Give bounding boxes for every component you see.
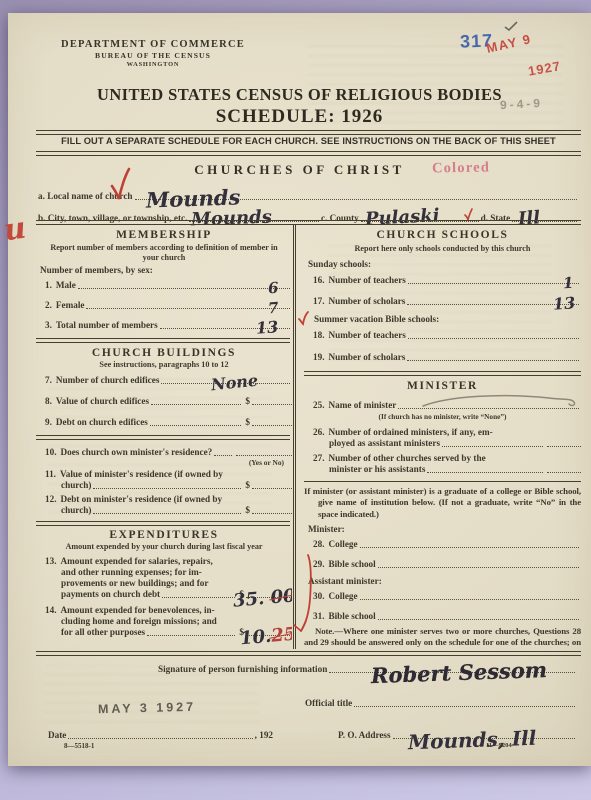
membership-intro: Number of members, by sex: <box>36 265 292 276</box>
row-number: 27. <box>313 452 324 464</box>
row-number: 1. <box>45 279 52 291</box>
row-label: Male <box>56 279 76 291</box>
dotted-line <box>547 472 581 473</box>
handwritten-amount-14: 10.25 <box>239 629 292 645</box>
section-schools-subtitle: Report here only schools conducted by th… <box>304 244 581 254</box>
row-total-expenditures: 15. Total expenditures during year $ 45 … <box>36 648 292 649</box>
row-residence-debt-l1: 12. Debt on minister's residence (if own… <box>36 493 292 505</box>
row-label: Number of other churches served by the <box>328 452 485 464</box>
dotted-line <box>360 547 579 548</box>
row-label: College <box>328 538 357 550</box>
row-expense-salaries-l4: payments on church debt $ 35. 00 <box>36 589 292 600</box>
dotted-line <box>252 513 292 514</box>
dotted-line <box>162 597 235 598</box>
banner-instruction: FILL OUT A SEPARATE SCHEDULE FOR EACH CH… <box>36 136 581 146</box>
row-expense-benevolences-l2: cluding home and foreign missions; and <box>36 616 292 627</box>
section-buildings-subtitle: See instructions, paragraphs 10 to 12 <box>36 360 292 370</box>
row-summer-scholars: 19. Number of scholars <box>304 351 581 363</box>
dotted-line <box>427 472 543 473</box>
dotted-line <box>442 446 543 447</box>
dollar-sign: $ <box>245 395 250 407</box>
graduate-instruction: If minister (or assistant minister) is a… <box>304 486 581 520</box>
row-minister-name: 25. Name of minister <box>304 399 581 411</box>
row-number: 11. <box>45 468 56 480</box>
row-label-continued: payments on church debt <box>61 589 160 600</box>
row-label: Bible school <box>328 558 375 570</box>
dotted-line <box>378 619 579 620</box>
form-schedule: SCHEDULE: 1926 <box>8 106 591 128</box>
dotted-line <box>86 308 290 309</box>
row-label: Number of ordained ministers, if any, em… <box>328 426 492 438</box>
red-check-icon <box>110 168 130 200</box>
letterhead: DEPARTMENT OF COMMERCE BUREAU OF THE CEN… <box>48 39 258 68</box>
dotted-line <box>252 425 292 426</box>
dotted-line <box>408 283 579 284</box>
row-label: Value of minister's residence (if owned … <box>60 468 223 480</box>
office-name: WASHINGTON <box>48 61 258 68</box>
handwritten-none: None <box>210 375 258 392</box>
row-label: Name of minister <box>328 399 396 411</box>
form-title-block: UNITED STATES CENSUS OF RELIGIOUS BODIES… <box>8 85 591 128</box>
row-number: 8. <box>45 395 52 407</box>
row-number: 12. <box>45 493 56 505</box>
left-column: MEMBERSHIP Report number of members acco… <box>36 225 292 649</box>
dotted-line <box>236 455 292 456</box>
row-number: 7. <box>45 374 52 386</box>
row-minister-bible-school: 29. Bible school <box>304 558 581 570</box>
row-label: Number of scholars <box>328 351 405 363</box>
row-number: 18. <box>313 329 324 341</box>
dotted-line <box>360 599 579 600</box>
dotted-line <box>407 360 579 361</box>
dotted-line <box>408 338 579 339</box>
row-label-continued: ployed as assistant ministers <box>329 438 440 449</box>
field-local-church-name: a. Local name of church Mounds <box>38 190 579 202</box>
form-number: 8—5518-1 <box>64 742 94 750</box>
row-expense-salaries-l2: and other running expenses; for im- <box>36 567 292 578</box>
minister-subheading: Minister: <box>304 524 581 535</box>
dotted-line <box>252 404 292 405</box>
red-margin-letter: u <box>2 211 28 249</box>
official-title-label: Official title <box>305 697 352 709</box>
print-code: 11—9204 <box>486 742 512 749</box>
row-expense-benevolences-l3: for all other purposes $ 10.25 <box>36 627 292 638</box>
row-minister-college: 28. College <box>304 538 581 550</box>
note-paragraph: Note.—Where one minister serves two or m… <box>304 626 581 649</box>
row-edifices-debt: 9. Debt on church edifices $ <box>36 416 292 428</box>
po-address-label: P. O. Address <box>338 729 391 741</box>
red-reviewer-mark <box>291 553 315 639</box>
row-number: 17. <box>313 295 324 307</box>
row-label: Does church own minister's residence? <box>60 446 212 458</box>
row-residence-debt-l2: church) $ <box>36 505 292 516</box>
row-label-continued: church) <box>61 505 91 516</box>
signature-label: Signature of person furnishing informati… <box>158 663 327 675</box>
row-label: Debt on minister's residence (if owned b… <box>60 493 222 505</box>
section-membership-subtitle: Report number of members according to de… <box>50 243 278 263</box>
official-title-row: Official title <box>305 697 577 709</box>
date-year-prefix: , 192 <box>255 729 273 741</box>
row-number: 3. <box>45 319 52 331</box>
pencil-check-icon <box>504 21 518 32</box>
row-label: College <box>328 590 357 602</box>
date-label: Date <box>48 729 66 741</box>
row-label: Number of church edifices <box>56 374 160 386</box>
row-label: Amount expended for benevolences, in- <box>60 604 214 616</box>
row-edifices-number: 7. Number of church edifices None <box>36 374 292 386</box>
rule <box>304 481 581 482</box>
row-sunday-scholars: 17. Number of scholars 13 <box>304 295 581 307</box>
row-total-members: 3. Total number of members 13 <box>36 319 292 331</box>
bureau-name: BUREAU OF THE CENSUS <box>48 51 258 60</box>
amount-dollars: 10. <box>239 626 272 649</box>
dotted-line <box>147 635 235 636</box>
label-text: Summer vacation Bible schools: <box>314 314 439 324</box>
row-assistant-ministers-l2: ployed as assistant ministers <box>304 438 581 449</box>
row-number: 10. <box>45 446 56 458</box>
row-residence-value-l2: church) $ <box>36 480 292 491</box>
dotted-line <box>214 455 232 456</box>
row-assistant-college: 30. College <box>304 590 581 602</box>
po-address-row: P. O. Address Mounds, Ill <box>338 729 577 741</box>
row-number: 19. <box>313 351 324 363</box>
row-expense-salaries-l3: provements or new buildings; and for <box>36 578 292 589</box>
dotted-line <box>150 425 242 426</box>
row-number: 26. <box>313 426 324 438</box>
yes-no-hint: (Yes or No) <box>36 459 292 467</box>
row-number: 2. <box>45 299 52 311</box>
row-summer-teachers: 18. Number of teachers <box>304 329 581 341</box>
section-membership-title: MEMBERSHIP <box>36 229 292 242</box>
row-label: Bible school <box>328 610 375 622</box>
note-text: Note.—Where one minister serves two or m… <box>304 626 581 649</box>
handwritten-church-name: Mounds <box>146 191 241 206</box>
department-name: DEPARTMENT OF COMMERCE <box>48 39 258 50</box>
amount-cents: 25 <box>270 629 292 642</box>
row-female: 2. Female 7 <box>36 299 292 311</box>
section-expenditures-title: EXPENDITURES <box>36 529 292 542</box>
assistant-subheading: Assistant minister: <box>304 576 581 587</box>
dollar-sign: $ <box>245 505 250 516</box>
handwritten-scholars-count: 13 <box>552 297 575 311</box>
dotted-line <box>78 288 290 289</box>
dotted-line <box>252 488 292 489</box>
row-number: 16. <box>313 274 324 286</box>
row-label: Number of teachers <box>328 274 405 286</box>
row-number: 25. <box>313 399 324 411</box>
summer-schools-label: Summer vacation Bible schools: <box>304 314 581 325</box>
pencil-scrawl <box>421 392 579 410</box>
row-sunday-teachers: 16. Number of teachers 1 <box>304 274 581 286</box>
dotted-line <box>547 446 581 447</box>
row-number: 14. <box>45 604 56 616</box>
row-label: Total number of members <box>56 319 158 331</box>
row-other-churches-l1: 27. Number of other churches served by t… <box>304 452 581 464</box>
dotted-line <box>151 404 241 405</box>
form-paper: DEPARTMENT OF COMMERCE BUREAU OF THE CEN… <box>8 13 591 766</box>
form-title: UNITED STATES CENSUS OF RELIGIOUS BODIES <box>8 85 591 105</box>
signature-row: Signature of person furnishing informati… <box>158 663 577 675</box>
row-label: Amount expended for salaries, repairs, <box>60 555 212 567</box>
row-residence-value-l1: 11. Value of minister's residence (if ow… <box>36 468 292 480</box>
row-other-churches-l2: minister or his assistants <box>304 464 581 475</box>
sunday-schools-label: Sunday schools: <box>304 259 581 270</box>
handwritten-total-count: 13 <box>255 321 278 335</box>
handwritten-male-count: 6 <box>267 281 278 294</box>
rule <box>36 435 290 440</box>
right-column: CHURCH SCHOOLS Report here only schools … <box>297 225 581 649</box>
minister-name-hint: (If church has no minister, write “None”… <box>304 412 581 421</box>
row-edifices-value: 8. Value of church edifices $ <box>36 395 292 407</box>
row-label-continued: church) <box>61 480 91 491</box>
row-own-residence: 10. Does church own minister's residence… <box>36 446 292 458</box>
rule <box>36 151 581 156</box>
row-expense-benevolences-l1: 14. Amount expended for benevolences, in… <box>36 604 292 616</box>
dotted-line <box>68 738 252 739</box>
row-assistant-bible-school: 31. Bible school <box>304 610 581 622</box>
date-received-stamp: MAY 3 1927 <box>98 700 196 717</box>
row-number: 28. <box>313 538 324 550</box>
row-label-continued: for all other purposes <box>61 627 145 638</box>
rule <box>36 651 581 656</box>
row-number: 13. <box>45 555 56 567</box>
row-label: Debt on church edifices <box>56 416 148 428</box>
rule <box>36 338 290 343</box>
row-label: Value of church edifices <box>56 395 149 407</box>
dollar-sign: $ <box>245 480 250 491</box>
red-check-icon <box>298 311 309 325</box>
rule <box>36 521 290 526</box>
section-expenditures-subtitle: Amount expended by your church during la… <box>36 542 292 552</box>
dotted-line <box>93 488 241 489</box>
row-label: Female <box>56 299 85 311</box>
section-buildings-title: CHURCH BUILDINGS <box>36 347 292 360</box>
handwritten-signature: Robert Sessom <box>371 664 547 682</box>
dotted-line <box>93 513 241 514</box>
row-assistant-ministers-l1: 26. Number of ordained ministers, if any… <box>304 426 581 438</box>
row-expense-salaries-l1: 13. Amount expended for salaries, repair… <box>36 555 292 567</box>
row-male: 1. Male 6 <box>36 279 292 291</box>
handwritten-teachers-count: 1 <box>562 276 573 289</box>
date-row: Date , 192 <box>48 729 273 741</box>
received-year-stamp: 1927 <box>527 58 562 78</box>
colored-stamp: Colored <box>432 159 490 177</box>
denomination-title: CHURCHES OF CHRIST <box>8 162 591 178</box>
rule <box>304 371 581 376</box>
section-schools-title: CHURCH SCHOOLS <box>304 229 581 242</box>
dotted-line <box>354 706 575 707</box>
handwritten-female-count: 7 <box>267 301 278 314</box>
handwritten-po-address: Mounds, Ill <box>408 732 537 748</box>
amount-cents: 00 <box>270 590 292 603</box>
row-number: 9. <box>45 416 52 428</box>
scanned-census-schedule: DEPARTMENT OF COMMERCE BUREAU OF THE CEN… <box>0 0 591 800</box>
row-label: Number of teachers <box>328 329 405 341</box>
dotted-line <box>378 567 579 568</box>
rule <box>36 130 581 135</box>
dollar-sign: $ <box>245 416 250 428</box>
row-label-continued: minister or his assistants <box>329 464 425 475</box>
row-label: Total expenditures during year <box>60 648 165 649</box>
row-label: Number of scholars <box>328 295 405 307</box>
